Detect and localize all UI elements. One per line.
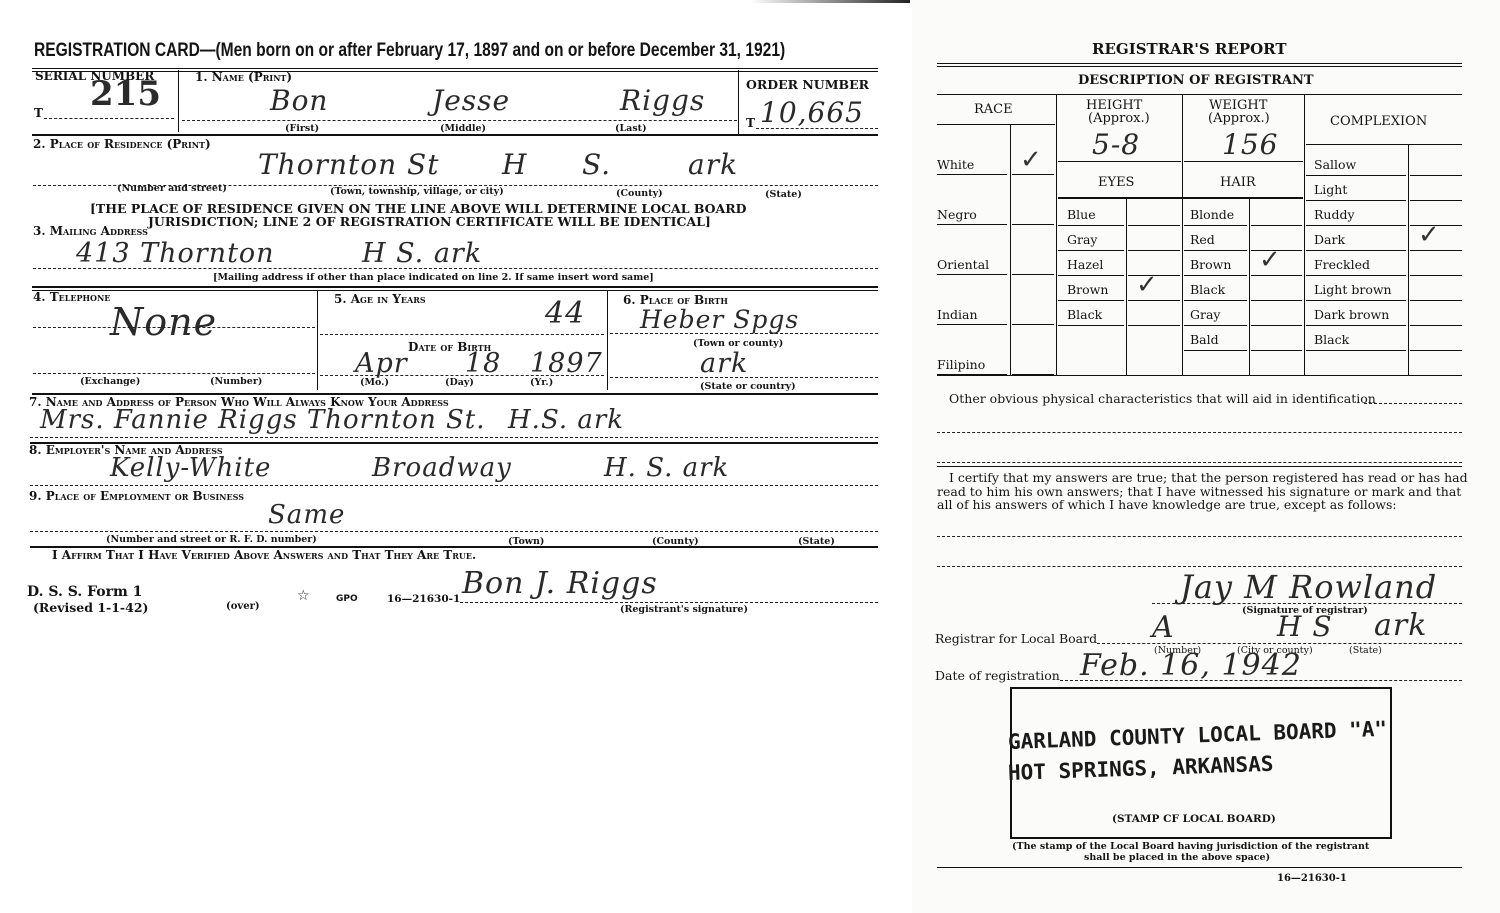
birthplace-state-caption: (State or country) — [700, 381, 796, 392]
order-prefix: T — [746, 116, 755, 130]
hair-option-label: Red — [1190, 232, 1215, 247]
serial-prefix: T — [34, 106, 43, 120]
age-label: 5. Age in Years — [334, 292, 426, 306]
date-label: Date of registration — [935, 668, 1060, 683]
residence-label: 2. Place of Residence (Print) — [33, 137, 211, 151]
complexion-option-label: Dark — [1314, 232, 1345, 247]
residence-street-value: Thornton St — [258, 148, 439, 181]
telephone-exchange-caption: (Exchange) — [80, 376, 140, 387]
local-board-city: H S — [1277, 610, 1333, 643]
complexion-option-label: Freckled — [1314, 257, 1370, 272]
race-option-label: Filipino — [937, 357, 985, 372]
registrar-signature: Jay M Rowland — [1180, 568, 1437, 606]
residence-county-caption: (County) — [616, 188, 663, 199]
name-middle-caption: (Middle) — [440, 123, 486, 134]
check-mark-icon: ✓ — [1259, 247, 1281, 273]
over-note: (over) — [226, 601, 260, 612]
complexion-option-label: Light — [1314, 182, 1347, 197]
stamp-note-1: (The stamp of the Local Board having jur… — [1012, 841, 1369, 852]
residence-town-caption: (Town, township, village, or city) — [330, 186, 504, 197]
eye-option-label: Hazel — [1067, 257, 1103, 272]
name-middle-value: Jesse — [432, 84, 510, 117]
residence-street-caption: (Number and street) — [117, 183, 227, 194]
name-last-value: Riggs — [620, 84, 705, 117]
employer-name-value: Kelly-White — [110, 453, 271, 483]
residence-state-value: ark — [688, 148, 738, 181]
race-option-label: Negro — [937, 207, 977, 222]
mailing-value-city: H S. ark — [362, 238, 482, 269]
employment-place-value: Same — [268, 500, 345, 530]
form-revised: (Revised 1-1-42) — [33, 600, 148, 615]
form-name: D. S. S. Form 1 — [27, 584, 142, 600]
check-mark-icon: ✓ — [1136, 272, 1158, 298]
weight-sub: (Approx.) — [1208, 111, 1270, 126]
dob-year-caption: (Yr.) — [530, 377, 553, 388]
name-last-caption: (Last) — [615, 123, 647, 134]
check-mark-icon: ✓ — [1020, 147, 1042, 173]
name-first-caption: (First) — [285, 123, 319, 134]
order-number-value: 10,665 — [760, 96, 864, 129]
report-title: REGISTRAR'S REPORT — [1092, 40, 1287, 58]
stamp-caption: (STAMP CF LOCAL BOARD) — [1112, 813, 1276, 825]
residence-notice-2: JURISDICTION; LINE 2 OF REGISTRATION CER… — [148, 214, 711, 229]
card-title: REGISTRATION CARD—(Men born on or after … — [34, 40, 805, 62]
age-value: 44 — [545, 296, 585, 331]
registration-card-front: REGISTRATION CARD—(Men born on or after … — [0, 0, 910, 620]
name-first-value: Bon — [270, 84, 328, 117]
race-header: RACE — [974, 102, 1013, 117]
contact-value-name: Mrs. Fannie Riggs Thornton St. — [40, 405, 486, 435]
complexion-header: COMPLEXION — [1330, 114, 1427, 129]
telephone-label: 4. Telephone — [33, 290, 110, 304]
dob-day-caption: (Day) — [445, 377, 474, 388]
telephone-value: None — [110, 300, 217, 344]
complexion-option-label: Sallow — [1314, 157, 1356, 172]
height-sub: (Approx.) — [1088, 111, 1150, 126]
report-subtitle: DESCRIPTION OF REGISTRANT — [1078, 73, 1314, 88]
registrant-signature: Bon J. Riggs — [462, 566, 658, 601]
order-number-label: ORDER NUMBER — [746, 77, 869, 92]
registrant-signature-caption: (Registrant's signature) — [620, 604, 748, 615]
employment-place-label: 9. Place of Employment or Business — [29, 489, 244, 503]
complexion-option-label: Black — [1314, 332, 1349, 347]
certify-line-1: I certify that my answers are true; that… — [949, 471, 1468, 484]
birthplace-state-value: ark — [700, 348, 748, 379]
eye-option-label: Blue — [1067, 207, 1096, 222]
local-board-number: A — [1152, 610, 1175, 645]
birthplace-town-value: Heber Spgs — [640, 305, 799, 334]
serial-number-value: 215 — [90, 74, 161, 114]
mailing-caption: [Mailing address if other than place ind… — [213, 272, 654, 283]
registrars-report: REGISTRAR'S REPORT DESCRIPTION OF REGIST… — [912, 0, 1500, 913]
race-option-label: Indian — [937, 307, 978, 322]
residence-county-value: S. — [582, 148, 611, 181]
local-board-state-caption: (State) — [1349, 645, 1382, 656]
complexion-option-label: Ruddy — [1314, 207, 1355, 222]
hair-option-label: Blonde — [1190, 207, 1234, 222]
race-option-label: Oriental — [937, 257, 989, 272]
gpo-number: 16—21630-1 — [387, 593, 460, 605]
race-option-label: White — [937, 157, 974, 172]
hair-option-label: Gray — [1190, 307, 1220, 322]
eye-option-label: Gray — [1067, 232, 1097, 247]
residence-state-caption: (State) — [765, 189, 802, 200]
stamp-note-2: shall be placed in the above space) — [1084, 852, 1270, 863]
date-value: Feb. 16, 1942 — [1080, 648, 1302, 683]
local-board-state: ark — [1374, 608, 1427, 643]
local-board-label: Registrar for Local Board — [935, 631, 1097, 646]
report-footer-number: 16—21630-1 — [1277, 873, 1347, 884]
check-mark-icon: ✓ — [1418, 222, 1440, 248]
affirm-statement: I Affirm That I Have Verified Above Answ… — [52, 548, 476, 562]
mailing-value-street: 413 Thornton — [76, 238, 275, 269]
name-label: 1. Name (Print) — [195, 70, 292, 84]
eye-option-label: Black — [1067, 307, 1102, 322]
telephone-number-caption: (Number) — [210, 376, 262, 387]
dob-month-caption: (Mo.) — [360, 377, 389, 388]
height-value: 5-8 — [1092, 128, 1140, 161]
title-rule — [32, 68, 878, 72]
hair-option-label: Black — [1190, 282, 1225, 297]
hair-option-label: Brown — [1190, 257, 1231, 272]
star-icon: ☆ — [297, 588, 310, 604]
other-characteristics-label: Other obvious physical characteristics t… — [949, 391, 1376, 406]
contact-value-city: H.S. ark — [508, 405, 624, 435]
complexion-option-label: Dark brown — [1314, 307, 1389, 322]
weight-value: 156 — [1222, 128, 1278, 161]
employment-street-caption: (Number and street or R. F. D. number) — [106, 534, 317, 545]
residence-town-value: H — [502, 148, 527, 181]
eye-option-label: Brown — [1067, 282, 1108, 297]
employer-street-value: Broadway — [372, 453, 512, 483]
hair-header: HAIR — [1220, 175, 1256, 190]
employer-city-value: H. S. ark — [604, 453, 729, 483]
gpo-label: GPO — [336, 594, 358, 604]
complexion-option-label: Light brown — [1314, 282, 1392, 297]
eyes-header: EYES — [1098, 175, 1134, 190]
mailing-label: 3. Mailing Address — [33, 224, 148, 238]
certify-line-3: all of his answers of which I have knowl… — [937, 497, 1397, 512]
hair-option-label: Bald — [1190, 332, 1219, 347]
